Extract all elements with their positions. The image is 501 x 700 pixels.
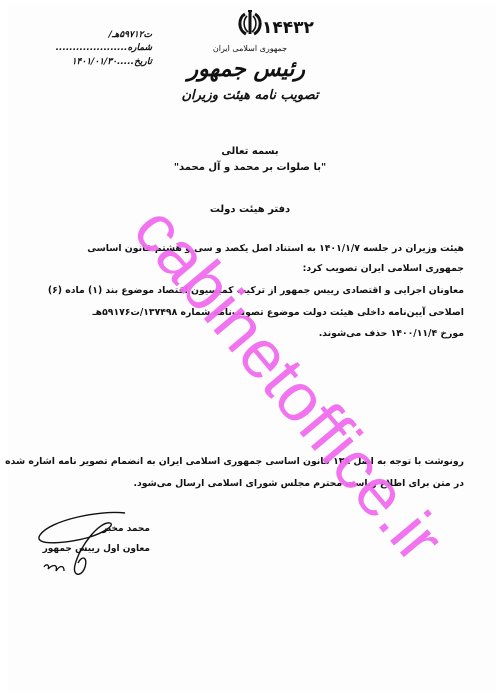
body-line-1: هیئت وزیران در جلسه ۱۴۰۱/۱/۷ به استناد ا… bbox=[50, 243, 464, 254]
invocation: بسمه تعالی bbox=[180, 146, 320, 157]
reference-value: /ت۵۹۷۱۲هـ bbox=[109, 30, 152, 40]
date-label: تاریخ bbox=[134, 57, 152, 67]
date-line: تاریخ.....۱۴۰۱/۰۱/۳۰ bbox=[12, 57, 152, 67]
reference-line: /ت۵۹۷۱۲هـ bbox=[12, 30, 152, 40]
iran-emblem-icon bbox=[234, 8, 266, 38]
number-line: شماره..................... bbox=[12, 43, 152, 53]
salutation: "با صلوات بر محمد و آل محمد" bbox=[150, 162, 350, 173]
cabinet-decree-title: تصویب نامه هیئت وزیران bbox=[180, 88, 320, 103]
reference-label: شماره bbox=[127, 43, 152, 53]
big-reference-number: ۱۴۴۳۲ bbox=[262, 18, 314, 38]
body-line-2: جمهوری اسلامی ایران تصویب کرد: bbox=[303, 263, 464, 274]
office-heading: دفتر هیئت دولت bbox=[180, 204, 320, 215]
signatory-title: معاون اول رییس جمهور bbox=[60, 544, 150, 554]
body-line-5: مورخ ۱۴۰۰/۱۱/۴ حذف می‌شوند. bbox=[319, 328, 464, 339]
republic-label: جمهوری اسلامی ایران bbox=[200, 44, 300, 53]
president-title: رئیس جمهور bbox=[195, 56, 305, 82]
signatory-name: محمد مخبر bbox=[90, 524, 150, 534]
date-value: ۱۴۰۱/۰۱/۳۰ bbox=[72, 57, 117, 67]
